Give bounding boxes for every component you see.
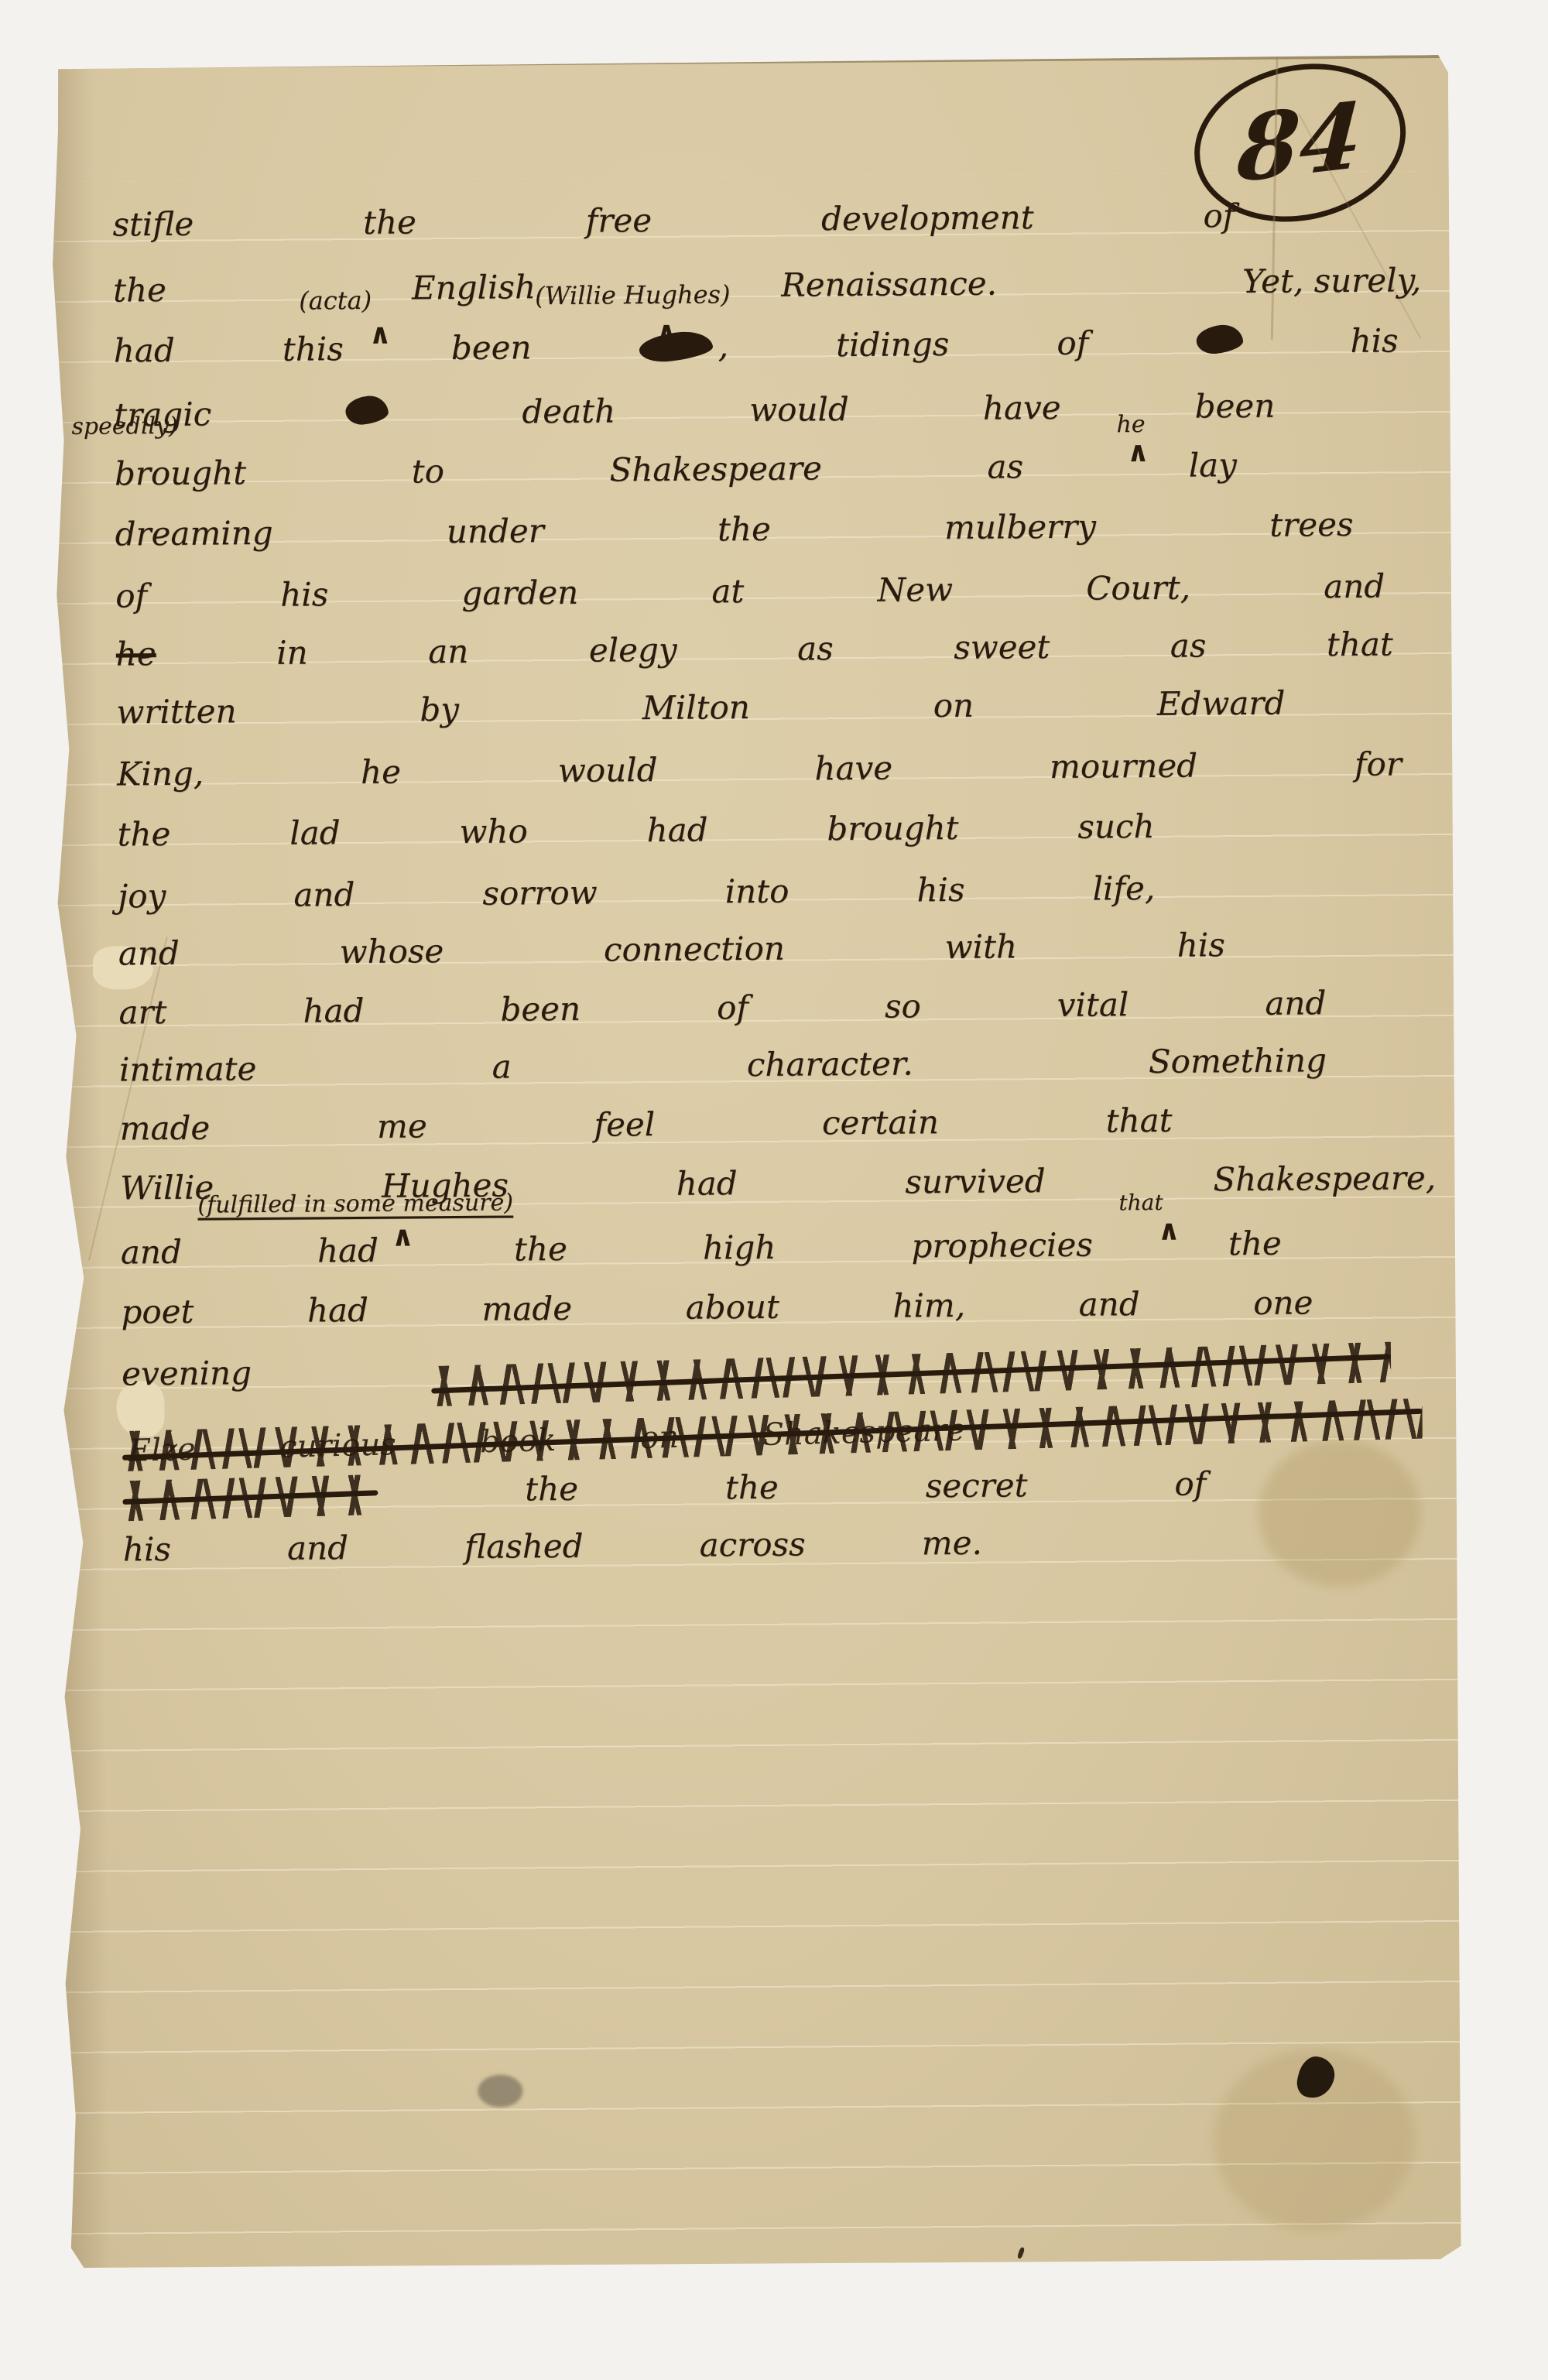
manuscript-word: and — [293, 878, 354, 912]
manuscript-word: lay — [1189, 449, 1238, 481]
manuscript-word: who — [459, 815, 528, 848]
manuscript-word: garden — [461, 577, 578, 610]
manuscript-line: tragicdeathwouldhavebeen — [114, 389, 1275, 443]
manuscript-word: Shakespeare, — [1213, 1162, 1436, 1196]
manuscript-word: been — [500, 993, 580, 1026]
interlinear-insertion: that — [1118, 1190, 1163, 1215]
manuscript-line: joyandsorrowintohislife, — [118, 872, 1155, 926]
manuscript-word: that — [1106, 1104, 1173, 1138]
manuscript-line: writtenbyMiltononEdward — [116, 687, 1285, 741]
manuscript-word: his — [280, 578, 328, 611]
manuscript-word: made — [119, 1112, 210, 1145]
manuscript-word: had — [307, 1294, 368, 1327]
manuscript-line: stiflethefreedevelopmentof — [112, 200, 1235, 253]
manuscript-word: trees — [1269, 509, 1354, 542]
manuscript-word: elegy — [589, 634, 677, 667]
ink-smudge — [478, 2074, 522, 2107]
manuscript-word: me — [377, 1110, 427, 1143]
ink-speck — [1017, 2247, 1026, 2259]
manuscript-word: feel — [594, 1108, 655, 1142]
manuscript-word: art — [118, 996, 166, 1029]
manuscript-line: poethadmadeabouthim,andone — [121, 1286, 1313, 1341]
manuscript-line: ofhisgardenatNewCourt,and — [115, 570, 1385, 625]
manuscript-line: intimateacharacter.Something — [119, 1044, 1327, 1098]
manuscript-word: sorrow — [482, 877, 598, 910]
manuscript-line: hisandflashedacrossme. — [123, 1527, 982, 1579]
manuscript-word: with — [945, 930, 1018, 964]
manuscript-word: been — [451, 331, 532, 365]
ink-blot — [1195, 323, 1245, 356]
manuscript-word: at — [711, 575, 744, 608]
manuscript-line: arthadbeenofsovitaland — [118, 987, 1326, 1041]
manuscript-line: evening — [122, 1348, 1391, 1403]
manuscript-word: of — [1203, 200, 1235, 232]
manuscript-word: Shakespeare — [609, 452, 822, 486]
manuscript-word: Renaissance. — [781, 268, 997, 302]
manuscript-word: the — [113, 274, 166, 307]
manuscript-word: connection — [604, 933, 785, 967]
manuscript-word: certain — [822, 1106, 939, 1139]
manuscript-word: poet — [121, 1296, 193, 1329]
caret-mark: ∧ — [392, 1220, 415, 1252]
manuscript-word: had — [303, 995, 364, 1028]
paper-top-edge — [46, 55, 1448, 69]
manuscript-word: a — [491, 1050, 511, 1083]
interlinear-insertion: (Willie Hughes) — [535, 279, 731, 310]
manuscript-word: the — [725, 1471, 779, 1505]
manuscript-word: English — [412, 271, 536, 304]
stain — [1258, 1439, 1421, 1587]
manuscript-word: Court, — [1086, 572, 1190, 605]
ink-blot-strikeout — [1196, 325, 1242, 353]
manuscript-word: and — [287, 1532, 348, 1565]
manuscript-word: and — [1078, 1288, 1139, 1321]
ink-blot-strikeout: , — [639, 330, 729, 363]
manuscript-word: the — [525, 1473, 578, 1506]
manuscript-word: flashed — [464, 1530, 584, 1563]
manuscript-word: across — [699, 1529, 805, 1562]
manuscript-word: would — [558, 754, 658, 787]
manuscript-word: lad — [289, 817, 341, 850]
interlinear-insertion: (fulfilled in some measure) — [197, 1189, 513, 1218]
manuscript-word: and — [118, 937, 180, 971]
manuscript-word: made — [481, 1293, 572, 1326]
ink-speck — [682, 2294, 686, 2299]
manuscript-word: in — [276, 637, 308, 669]
manuscript-word: his — [1350, 324, 1398, 357]
caret-mark: ∧ — [1158, 1214, 1181, 1247]
manuscript-word: him, — [892, 1289, 965, 1323]
manuscript-word: King, — [117, 758, 204, 791]
manuscript-word: life, — [1092, 872, 1155, 906]
manuscript-word: had — [114, 334, 175, 368]
manuscript-word: survived — [905, 1165, 1046, 1198]
manuscript-line: thethesecretof — [122, 1467, 1206, 1521]
manuscript-line: andhadthehighpropheciesthe(fulfilled in … — [121, 1228, 1282, 1282]
manuscript-word: have — [983, 392, 1061, 425]
manuscript-line: heinanelegyassweetasthat — [116, 628, 1393, 683]
manuscript-word: the — [514, 1233, 567, 1266]
interlinear-insertion: (acta) — [299, 286, 372, 316]
manuscript-word: under — [447, 515, 544, 548]
manuscript-word: vital — [1057, 988, 1129, 1022]
manuscript-word: the — [1228, 1228, 1282, 1261]
manuscript-word: Something — [1149, 1044, 1327, 1078]
manuscript-word: that — [1327, 628, 1393, 662]
manuscript-word: on — [933, 690, 974, 722]
manuscript-word: Milton — [642, 691, 750, 724]
manuscript-word: prophecies — [911, 1229, 1093, 1263]
manuscript-word: me. — [922, 1527, 982, 1560]
interlinear-insertion: he — [1116, 411, 1145, 438]
manuscript-word: sweet — [954, 631, 1050, 664]
manuscript-line: hadthisbeen,tidingsofhis(acta)(Willie Hu… — [114, 324, 1399, 378]
manuscript-word: mourned — [1050, 749, 1197, 782]
manuscript-word: had — [317, 1235, 378, 1268]
manuscript-word: free — [586, 204, 652, 238]
manuscript-word: his — [916, 874, 964, 906]
manuscript-word: and — [1324, 570, 1385, 604]
manuscript-word: , — [718, 330, 729, 362]
manuscript-word: death — [522, 395, 615, 428]
manuscript-line: broughttoShakespeareaslayspeedily)he∧ — [115, 449, 1237, 502]
manuscript-word: Edward — [1157, 687, 1286, 721]
manuscript-word: to — [412, 455, 445, 488]
manuscript-word: and — [1265, 987, 1326, 1020]
torn-left-edge-wear — [46, 66, 111, 2270]
manuscript-word: character. — [747, 1047, 913, 1081]
scanned-manuscript-page: 84 stiflethefreedevelopmentoftheEnglishR… — [0, 0, 1548, 2380]
manuscript-word: an — [428, 635, 468, 668]
manuscript-word: high — [703, 1231, 776, 1265]
manuscript-word: such — [1077, 810, 1155, 844]
manuscript-word: and — [121, 1236, 182, 1269]
manuscript-line: dreamingunderthemulberrytrees — [115, 509, 1353, 563]
manuscript-line: mademefeelcertainthat — [119, 1104, 1172, 1158]
ink-blot — [344, 394, 389, 426]
manuscript-word: had — [676, 1167, 738, 1200]
interlinear-insertion: speedily) — [71, 413, 177, 440]
manuscript-line: Elze curious book on Shakespeare — [122, 1407, 1423, 1462]
manuscript-word: as — [987, 450, 1023, 483]
manuscript-word: of — [1057, 327, 1088, 360]
manuscript-word: secret — [926, 1469, 1028, 1502]
manuscript-word: into — [725, 875, 789, 909]
manuscript-text-block: stiflethefreedevelopmentoftheEnglishRena… — [46, 55, 1448, 66]
scribble-strikeout — [431, 1344, 1391, 1404]
manuscript-word: would — [749, 393, 849, 426]
manuscript-word: one — [1253, 1286, 1313, 1320]
manuscript-word: been — [1195, 390, 1276, 423]
manuscript-word: dreaming — [115, 517, 272, 551]
manuscript-word: written — [116, 695, 236, 728]
scribble-strikeout: Elze curious book on Shakespeare — [122, 1401, 1423, 1470]
paper-sheet: 84 stiflethefreedevelopmentoftheEnglishR… — [46, 55, 1465, 2270]
manuscript-word: as — [797, 632, 834, 665]
page-number: 84 — [1235, 82, 1365, 203]
caret-mark: ∧ — [1127, 436, 1150, 468]
manuscript-word: of — [115, 580, 147, 612]
manuscript-word: have — [814, 752, 892, 786]
manuscript-word: stifle — [112, 208, 193, 241]
struck-out-text: Elze curious book on Shakespeare — [128, 1413, 965, 1469]
manuscript-word: he — [361, 756, 401, 789]
manuscript-word: of — [1174, 1467, 1206, 1500]
manuscript-word: so — [885, 990, 921, 1022]
manuscript-word: for — [1354, 748, 1402, 780]
manuscript-word: tidings — [836, 328, 949, 361]
manuscript-line: King,hewouldhavemournedfor — [117, 748, 1402, 803]
struck-word: he — [116, 638, 156, 670]
manuscript-line: andwhoseconnectionwithhis — [118, 929, 1225, 982]
manuscript-word: development — [821, 201, 1034, 235]
manuscript-word: about — [686, 1291, 779, 1324]
manuscript-word: New — [877, 574, 953, 607]
manuscript-word: whose — [339, 935, 444, 968]
manuscript-word: mulberry — [944, 511, 1096, 545]
scribble-strikeout — [122, 1477, 378, 1519]
manuscript-word: as — [1170, 629, 1207, 662]
manuscript-word: joy — [118, 880, 166, 913]
manuscript-word: Yet, surely, — [1242, 264, 1421, 298]
caret-mark: ∧ — [655, 316, 678, 348]
manuscript-word: had — [646, 813, 707, 847]
manuscript-word: his — [123, 1533, 171, 1566]
manuscript-word: the — [717, 513, 771, 546]
manuscript-word: brought — [115, 457, 246, 490]
manuscript-word: by — [420, 693, 459, 726]
manuscript-word: evening — [122, 1357, 252, 1390]
manuscript-word: brought — [827, 812, 958, 845]
manuscript-word: the — [363, 206, 416, 239]
ink-blot-strikeout — [345, 396, 388, 424]
manuscript-word: intimate — [119, 1053, 257, 1086]
manuscript-line: theladwhohadbroughtsuch — [117, 810, 1154, 864]
manuscript-word: of — [717, 991, 748, 1024]
manuscript-word: the — [117, 818, 170, 851]
caret-mark: ∧ — [368, 318, 392, 351]
manuscript-word: his — [1177, 929, 1225, 961]
manuscript-word: this — [283, 333, 344, 366]
